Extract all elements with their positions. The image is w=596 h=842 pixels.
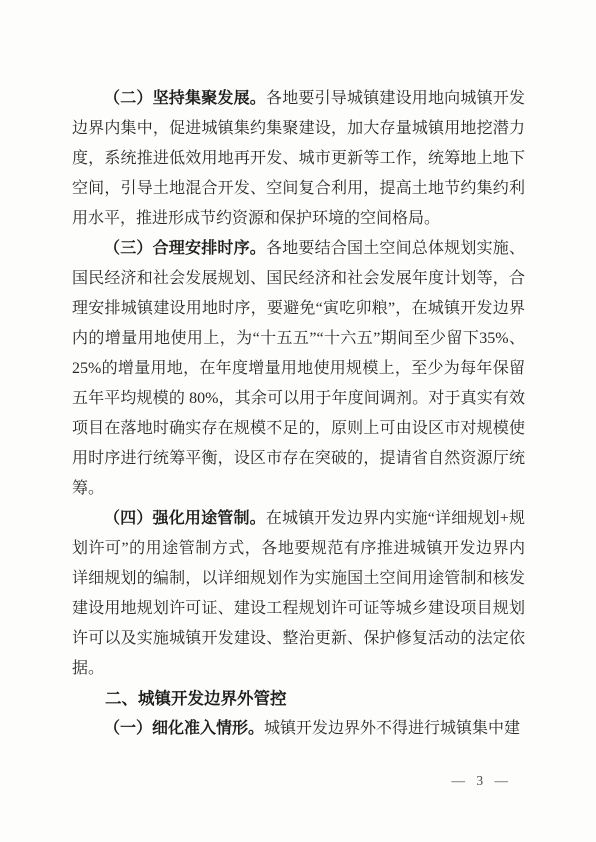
paragraph-lead: （三）合理安排时序。: [104, 240, 266, 257]
paragraph-lead: （二）坚持集聚发展。: [104, 90, 266, 107]
paragraph-4-qianghua-yongtu: （四）强化用途管制。在城镇开发边界内实施“详细规划+规划许可”的用途管制方式，各…: [72, 504, 525, 684]
paragraph-1-xihua-zhunru: （一）细化准入情形。城镇开发边界外不得进行城镇集中建: [72, 714, 525, 744]
document-page: （二）坚持集聚发展。各地要引导城镇建设用地向城镇开发边界内集中，促进城镇集约集聚…: [0, 0, 596, 842]
document-body: （二）坚持集聚发展。各地要引导城镇建设用地向城镇开发边界内集中，促进城镇集约集聚…: [72, 84, 525, 744]
paragraph-text: 各地要结合国土空间总体规划实施、国民经济和社会发展规划、国民经济和社会发展年度计…: [72, 240, 525, 497]
page-number: — 3 —: [452, 771, 513, 791]
paragraph-text: 各地要引导城镇建设用地向城镇开发边界内集中，促进城镇集约集聚建设，加大存量城镇用…: [72, 90, 525, 227]
paragraph-2-jichi-jiju: （二）坚持集聚发展。各地要引导城镇建设用地向城镇开发边界内集中，促进城镇集约集聚…: [72, 84, 525, 234]
paragraph-lead: （一）细化准入情形。: [104, 720, 264, 737]
paragraph-text: 在城镇开发边界内实施“详细规划+规划许可”的用途管制方式，各地要规范有序推进城镇…: [72, 510, 525, 677]
paragraph-3-heli-anpai: （三）合理安排时序。各地要结合国土空间总体规划实施、国民经济和社会发展规划、国民…: [72, 234, 525, 504]
paragraph-lead: （四）强化用途管制。: [104, 510, 266, 527]
paragraph-text: 城镇开发边界外不得进行城镇集中建: [264, 720, 520, 737]
section-heading-boundary-control: 二、城镇开发边界外管控: [72, 684, 525, 714]
page-footer: — 3 —: [0, 771, 596, 791]
